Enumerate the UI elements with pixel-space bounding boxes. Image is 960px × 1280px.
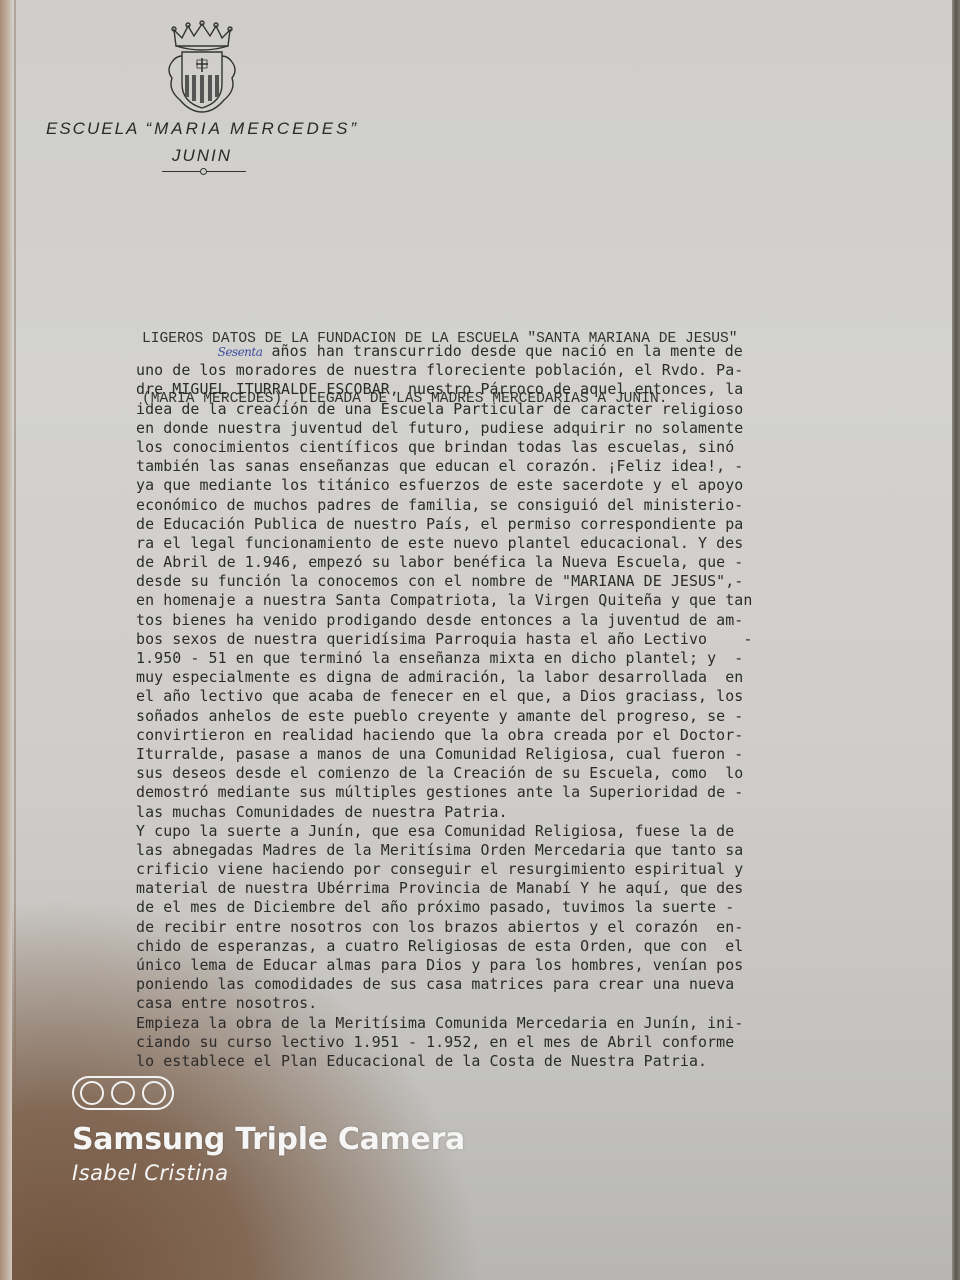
body-line-text: convirtieron en realidad haciendo que la… — [136, 726, 743, 744]
lens-icon — [111, 1081, 135, 1105]
body-line-text: también las sanas enseñanzas que educan … — [136, 457, 743, 475]
page-edge-left — [0, 0, 12, 1280]
body-line-text: las abnegadas Madres de la Meritísima Or… — [136, 841, 743, 859]
body-line: en donde nuestra juventud del futuro, pu… — [136, 419, 876, 438]
body-line-text: bos sexos de nuestra queridísima Parroqu… — [136, 630, 752, 648]
body-line: chido de esperanzas, a cuatro Religiosas… — [136, 937, 876, 956]
body-line-text: casa entre nosotros. — [136, 994, 317, 1012]
body-line: el año lectivo que acaba de fenecer en e… — [136, 687, 876, 706]
school-prefix: ESCUELA — [46, 119, 139, 138]
body-line: soñados anhelos de este pueblo creyente … — [136, 707, 876, 726]
body-line: bos sexos de nuestra queridísima Parroqu… — [136, 630, 876, 649]
body-line-text: económico de muchos padres de familia, s… — [136, 496, 743, 514]
camera-brand: Samsung Triple Camera — [72, 1122, 465, 1157]
body-line-text: años han transcurrido desde que nació en… — [262, 342, 742, 360]
body-line: poniendo las comodidades de sus casa mat… — [136, 975, 876, 994]
body-line-text: muy especialmente es digna de admiración… — [136, 668, 743, 686]
body-line: ra el legal funcionamiento de este nuevo… — [136, 534, 876, 553]
triple-camera-icon — [72, 1076, 174, 1110]
body-line: idea de la creación de una Escuela Parti… — [136, 400, 876, 419]
school-name: ESCUELA “MARIA MERCEDES” — [46, 119, 446, 139]
body-line: tos bienes ha venido prodigando desde en… — [136, 611, 876, 630]
body-line-text: uno de los moradores de nuestra florecie… — [136, 361, 743, 379]
school-title: “MARIA MERCEDES” — [145, 119, 359, 138]
body-line: material de nuestra Ubérrima Provincia d… — [136, 879, 876, 898]
photo-author: Isabel Cristina — [72, 1161, 465, 1185]
handwritten-insert: Sesenta — [218, 345, 263, 359]
body-line: dre MIGUEL ITURRALDE ESCOBAR, nuestro Pá… — [136, 380, 876, 399]
body-line-text: ciando su curso lectivo 1.951 - 1.952, e… — [136, 1033, 734, 1051]
body-line-text: material de nuestra Ubérrima Provincia d… — [136, 879, 743, 897]
body-line-text: 1.950 - 51 en que terminó la enseñanza m… — [136, 649, 743, 667]
body-line-text: de Educación Publica de nuestro País, el… — [136, 515, 743, 533]
body-line: único lema de Educar almas para Dios y p… — [136, 956, 876, 975]
body-line-text: poniendo las comodidades de sus casa mat… — [136, 975, 734, 993]
coat-of-arms-icon — [160, 20, 244, 116]
body-line-text: idea de la creación de una Escuela Parti… — [136, 400, 743, 418]
body-line-text: las muchas Comunidades de nuestra Patria… — [136, 803, 508, 821]
body-line: lo establece el Plan Educacional de la C… — [136, 1052, 876, 1071]
lens-icon — [142, 1081, 166, 1105]
body-line-text: de Abril de 1.946, empezó su labor benéf… — [136, 553, 743, 571]
page-edge-right — [952, 0, 960, 1280]
body-line-text: chido de esperanzas, a cuatro Religiosas… — [136, 937, 743, 955]
body-line: uno de los moradores de nuestra florecie… — [136, 361, 876, 380]
body-line-text: ra el legal funcionamiento de este nuevo… — [136, 534, 743, 552]
body-line-text: Iturralde, pasase a manos de una Comunid… — [136, 745, 743, 763]
body-line-text: demostró mediante sus múltiples gestione… — [136, 783, 743, 801]
body-line: Empieza la obra de la Meritísima Comunid… — [136, 1014, 876, 1033]
body-line: Sesenta años han transcurrido desde que … — [136, 342, 876, 361]
body-line: de el mes de Diciembre del año próximo p… — [136, 898, 876, 917]
document-body: Sesenta años han transcurrido desde que … — [136, 342, 876, 1071]
body-line: demostró mediante sus múltiples gestione… — [136, 783, 876, 802]
body-line-text: único lema de Educar almas para Dios y p… — [136, 956, 743, 974]
body-line: sus deseos desde el comienzo de la Creac… — [136, 764, 876, 783]
body-line: de Abril de 1.946, empezó su labor benéf… — [136, 553, 876, 572]
body-line-text: de el mes de Diciembre del año próximo p… — [136, 898, 734, 916]
body-line: las abnegadas Madres de la Meritísima Or… — [136, 841, 876, 860]
body-line-text: lo establece el Plan Educacional de la C… — [136, 1052, 707, 1070]
body-line-text: de recibir entre nosotros con los brazos… — [136, 918, 743, 936]
body-line-text: Y cupo la suerte a Junín, que esa Comuni… — [136, 822, 734, 840]
body-line-text: tos bienes ha venido prodigando desde en… — [136, 611, 743, 629]
body-line-text: Empieza la obra de la Meritísima Comunid… — [136, 1014, 743, 1032]
body-line: ya que mediante los titánico esfuerzos d… — [136, 476, 876, 495]
body-line: Iturralde, pasase a manos de una Comunid… — [136, 745, 876, 764]
body-line: desde su función la conocemos con el nom… — [136, 572, 876, 591]
body-line-text: sus deseos desde el comienzo de la Creac… — [136, 764, 743, 782]
body-line: Y cupo la suerte a Junín, que esa Comuni… — [136, 822, 876, 841]
body-line: las muchas Comunidades de nuestra Patria… — [136, 803, 876, 822]
body-line-text: crificio viene haciendo por conseguir el… — [136, 860, 743, 878]
camera-watermark: Samsung Triple Camera Isabel Cristina — [72, 1076, 465, 1185]
body-line: convirtieron en realidad haciendo que la… — [136, 726, 876, 745]
body-line-text: dre MIGUEL ITURRALDE ESCOBAR, nuestro Pá… — [136, 380, 743, 398]
body-line: casa entre nosotros. — [136, 994, 876, 1013]
page-fold-line — [14, 0, 16, 1100]
body-line: en homenaje a nuestra Santa Compatriota,… — [136, 591, 876, 610]
body-line: ciando su curso lectivo 1.951 - 1.952, e… — [136, 1033, 876, 1052]
body-line-text: en donde nuestra juventud del futuro, pu… — [136, 419, 743, 437]
lens-icon — [80, 1081, 104, 1105]
body-line-text: el año lectivo que acaba de fenecer en e… — [136, 687, 743, 705]
body-line-text: en homenaje a nuestra Santa Compatriota,… — [136, 591, 752, 609]
body-line: económico de muchos padres de familia, s… — [136, 496, 876, 515]
body-line: los conocimientos científicos que brinda… — [136, 438, 876, 457]
body-line: de recibir entre nosotros con los brazos… — [136, 918, 876, 937]
body-line-text: desde su función la conocemos con el nom… — [136, 572, 743, 590]
body-line-text: los conocimientos científicos que brinda… — [136, 438, 734, 456]
school-town: JUNIN — [172, 146, 232, 166]
body-line: muy especialmente es digna de admiración… — [136, 668, 876, 687]
body-line: 1.950 - 51 en que terminó la enseñanza m… — [136, 649, 876, 668]
divider-ornament — [200, 168, 207, 175]
body-line-text: ya que mediante los titánico esfuerzos d… — [136, 476, 743, 494]
body-line-text: soñados anhelos de este pueblo creyente … — [136, 707, 743, 725]
body-line: crificio viene haciendo por conseguir el… — [136, 860, 876, 879]
body-line: también las sanas enseñanzas que educan … — [136, 457, 876, 476]
body-line: de Educación Publica de nuestro País, el… — [136, 515, 876, 534]
